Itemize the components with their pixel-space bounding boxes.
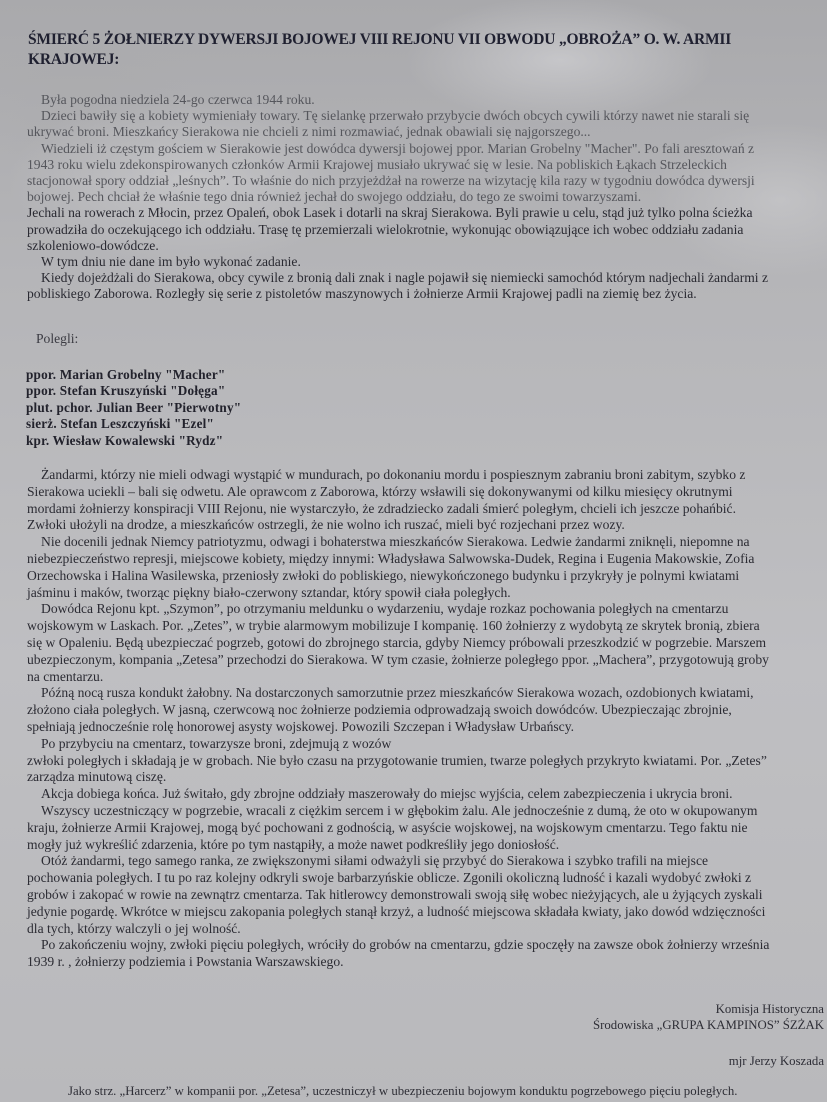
text-line: grobów i zakopać w rowie na zewnątrz cme… [27,887,827,904]
text-line: Po zakończeniu wojny, zwłoki pięciu pole… [27,937,827,954]
plaque-sheet: ŚMIERĆ 5 ŻOŁNIERZY DYWERSJI BOJOWEJ VIII… [0,0,827,1102]
text-line: Otóż żandarmi, tego samego ranka, ze zwi… [27,853,827,870]
fallen-item: sierż. Stefan Leszczyński "Ezel" [26,416,241,432]
text-line: zwłoki poległych i składają je w grobach… [27,753,827,770]
fallen-item: plut. pchor. Julian Beer "Pierwotny" [26,400,241,416]
signature-name: mjr Jerzy Koszada [593,1053,824,1069]
text-line: Żandarmi, którzy nie mieli odwagi wystąp… [27,467,827,484]
text-line: Sierakowa uciekli – bali się odwetu. Ale… [27,484,827,501]
document-title: ŚMIERĆ 5 ŻOŁNIERZY DYWERSJI BOJOWEJ VIII… [28,30,827,70]
text-line: jedynie pogardę. Wkrótce w miejscu zakop… [27,904,827,921]
text-line: Jechali na rowerach z Młocin, przez Opal… [27,205,827,221]
text-line: się w Opaleniu. Będą ubezpieczać pogrzeb… [27,635,827,652]
title-line-2: KRAJOWEJ: [28,50,827,70]
text-line: Nie docenili jednak Niemcy patriotyzmu, … [27,534,827,551]
fallen-item: kpr. Wiesław Kowalewski "Rydz" [26,433,241,449]
fallen-list: ppor. Marian Grobelny "Macher" ppor. Ste… [26,367,241,449]
text-line: dla tych, którzy walczyli o jej wolność. [27,921,827,938]
text-line: Akcja dobiega końca. Już świtało, gdy zb… [27,786,827,803]
text-line: wojskowym w Laskach. Por. „Zetes”, w try… [27,618,827,635]
text-line: szkoleniowo-dowódcze. [27,238,827,254]
intro-section: Była pogodna niedziela 24-go czerwca 194… [27,92,827,302]
text-line: ubezpieczonym, kompania „Zetesa” przecho… [27,652,827,669]
signature-line-1: Komisja Historyczna [593,1001,824,1017]
text-line: Zwłoki ułożyli na drodze, a mieszkańców … [27,517,827,534]
text-line: Wszyscy uczestniczący w pogrzebie, wraca… [27,803,827,820]
signature-line-2: Środowiska „GRUPA KAMPINOS” ŚZŻAK [593,1017,824,1033]
text-line: pobliskiego Zaborowa. Rozległy się serie… [27,286,827,302]
text-line: W tym dniu nie dane im było wykonać zada… [27,254,827,270]
text-line: ukrywać broni. Mieszkańcy Sierakowa nie … [27,124,827,140]
text-line: stacjonował spory oddział „leśnych”. To … [27,173,827,189]
text-line: 1943 roku wielu zdekonspirowanych członk… [27,157,827,173]
text-line: kraju, żołnierze Armii Krajowej, mogą by… [27,820,827,837]
text-line: mogły już wykreślić zdarzenia, które po … [27,837,827,854]
text-line: zarządza minutową ciszę. [27,769,827,786]
text-line: Wiedzieli iż częstym gościem w Sierakowi… [27,141,827,157]
text-line: jaśminu i maków, tworząc piękny biało-cz… [27,585,827,602]
text-line: na cmentarzu. [27,669,827,686]
text-line: Dowódca Rejonu kpt. „Szymon”, po otrzyma… [27,601,827,618]
footer-note: Jako strz. „Harcerz” w kompanii por. „Ze… [68,1084,737,1099]
text-line: Kiedy dojeżdżali do Sierakowa, obcy cywi… [27,270,827,286]
fallen-item: ppor. Stefan Kruszyński "Dołęga" [26,383,241,399]
text-line: złożono ciała poległych. W jasną, czerwc… [27,702,827,719]
text-line: prowadziła do oczekującego ich oddziału.… [27,222,827,238]
text-line: Dzieci bawiły się a kobiety wymieniały t… [27,108,827,124]
title-line-1: ŚMIERĆ 5 ŻOŁNIERZY DYWERSJI BOJOWEJ VIII… [28,31,731,48]
text-line: spełniają jednocześnie rolę honorowej as… [27,719,827,736]
text-line: 1939 r. , żołnierzy podziemia i Powstani… [27,954,827,971]
text-line: Późną nocą rusza kondukt żałobny. Na dos… [27,685,827,702]
main-section: Żandarmi, którzy nie mieli odwagi wystąp… [27,467,827,971]
signature-block: Komisja Historyczna Środowiska „GRUPA KA… [593,1001,824,1069]
text-line: niebezpieczeństwo represji, miejscowe ko… [27,551,827,568]
text-line: Była pogodna niedziela 24-go czerwca 194… [27,92,827,108]
fallen-heading: Polegli: [36,331,78,347]
fallen-item: ppor. Marian Grobelny "Macher" [26,367,241,383]
text-line: bojowej. Pech chciał że właśnie tego dni… [27,189,827,205]
text-line: Orzechowska i Halina Wasilewska, przenio… [27,568,827,585]
text-line: Po przybyciu na cmentarz, towarzysze bro… [27,736,827,753]
text-line: pochowania poległych. I tu po raz kolejn… [27,870,827,887]
text-line: mordami żołnierzy konspiracji VIII Rejon… [27,501,827,518]
